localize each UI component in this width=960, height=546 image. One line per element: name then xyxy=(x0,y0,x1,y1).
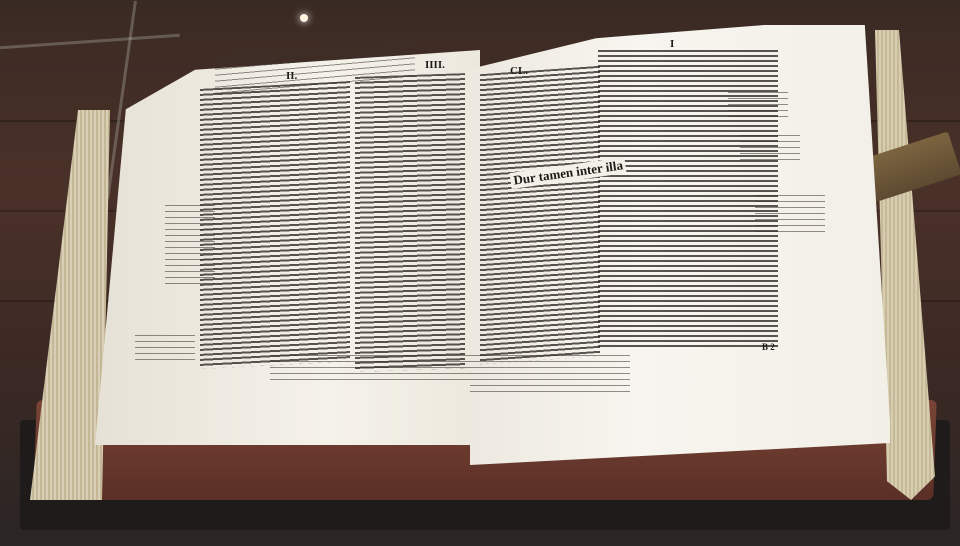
reflected-light xyxy=(300,14,308,22)
marginal-annotation xyxy=(755,195,825,235)
right-running-header: CL. xyxy=(510,65,528,77)
right-page-text-column-1 xyxy=(480,66,600,364)
marginal-annotation xyxy=(728,92,788,122)
left-page-text-column-2 xyxy=(355,73,465,372)
signature-mark: B 2 xyxy=(762,342,775,352)
marginal-annotation xyxy=(165,205,215,285)
marginal-annotation xyxy=(470,355,630,395)
left-running-header: IIII. xyxy=(425,59,445,71)
right-folio-number: I xyxy=(670,38,674,50)
marginal-annotation xyxy=(270,355,470,385)
marginal-annotation xyxy=(740,135,800,160)
glass-case-edge xyxy=(0,34,180,50)
left-page-text-column-1 xyxy=(200,81,350,369)
marginal-annotation xyxy=(135,335,195,365)
